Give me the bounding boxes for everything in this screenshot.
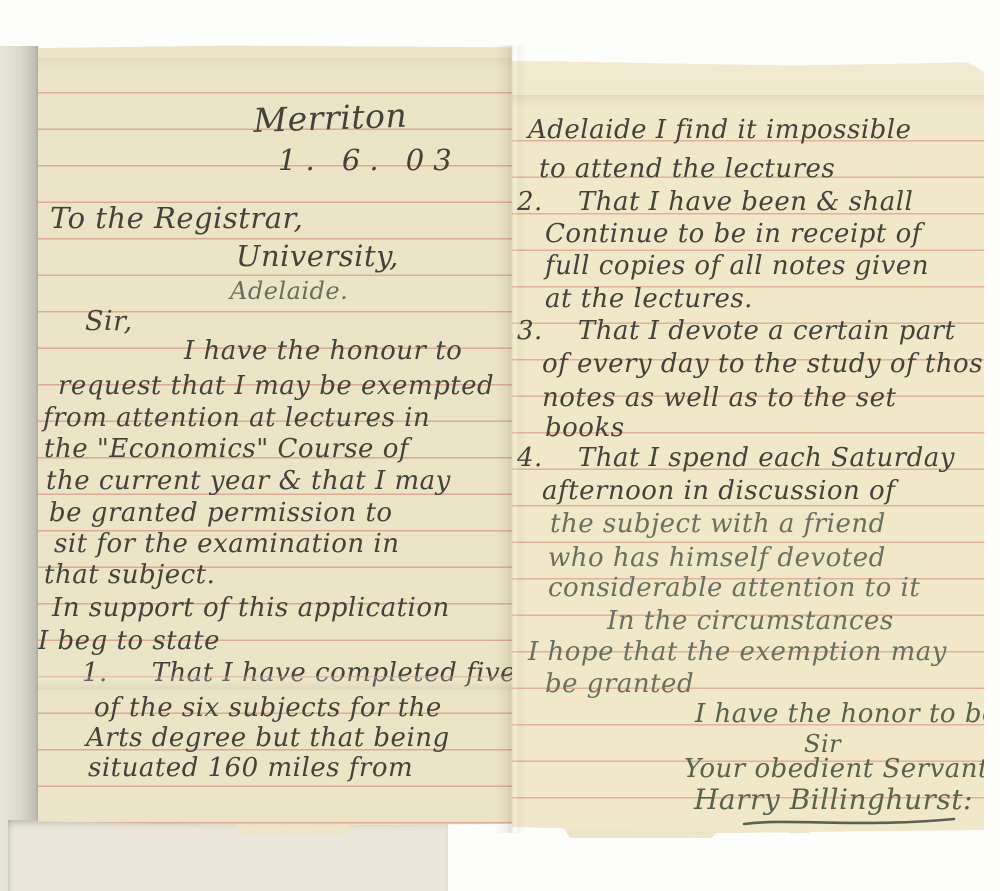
body-line: I beg to state [38,627,220,655]
body-line: I have the honour to [184,337,462,365]
recipient-line: University, [236,241,399,272]
body-line: situated 160 miles from [88,754,413,782]
under-sheet-left-edge [0,46,38,891]
scanned-letter: Merriton 1. 6. 03 To the Registrar, Univ… [0,0,1000,891]
center-fold-crease [494,45,526,833]
body-line: notes as well as to the set [542,384,896,412]
horizontal-fold-crease [512,95,984,111]
body-line: be granted permission to [49,499,393,527]
body-line: Continue to be in receipt of [545,220,922,248]
horizontal-fold-crease [38,58,512,68]
recipient-line: Adelaide. [230,279,348,305]
body-line: of the six subjects for the [94,694,442,722]
body-line: Adelaide I find it impossible [528,116,912,144]
recipient-line: To the Registrar, [50,203,303,234]
body-line: In support of this application [52,594,450,622]
body-line: considerable attention to it [548,574,920,602]
list-item-4: 4. That I spend each Saturday [517,444,955,472]
closing-line: I have the honor to be [695,700,998,728]
body-line: at the lectures. [545,285,753,313]
letter-page-left: Merriton 1. 6. 03 To the Registrar, Univ… [38,45,512,826]
body-line: who has himself devoted [548,544,886,572]
body-line: I hope that the exemption may [528,638,947,666]
body-line: from attention at lectures in [43,404,430,432]
body-line: the subject with a friend [550,510,886,538]
letterhead-place: Merriton [253,98,408,139]
horizontal-fold-crease [38,676,512,690]
list-item-3: 3. That I devote a certain part [517,317,956,345]
signature-underline [740,815,960,829]
letterhead-date: 1. 6. 03 [278,145,461,176]
body-line: of every day to the study of those [542,350,999,378]
body-line: the current year & that I may [46,467,451,495]
body-line: afternoon in discussion of [542,477,895,505]
body-line: to attend the lectures [539,155,835,183]
body-line: Arts degree but that being [86,724,450,752]
body-line: be granted [545,670,694,698]
body-line: request that I may be exempted [58,372,494,400]
body-line: that subject. [44,561,215,589]
closing-line: Your obedient Servant [684,755,989,783]
body-line: In the circumstances [607,607,894,635]
body-line: the "Economics" Course of [44,435,409,463]
body-line: books [545,414,625,442]
letter-page-right: Adelaide I find it impossible to attend … [512,61,984,833]
body-line: sit for the examination in [54,530,399,558]
signature: Harry Billinghurst: [694,785,973,815]
list-item-2: 2. That I have been & shall [517,188,913,216]
salutation: Sir, [85,307,133,336]
under-sheet-bottom [8,820,448,891]
body-line: full copies of all notes given [545,252,929,280]
